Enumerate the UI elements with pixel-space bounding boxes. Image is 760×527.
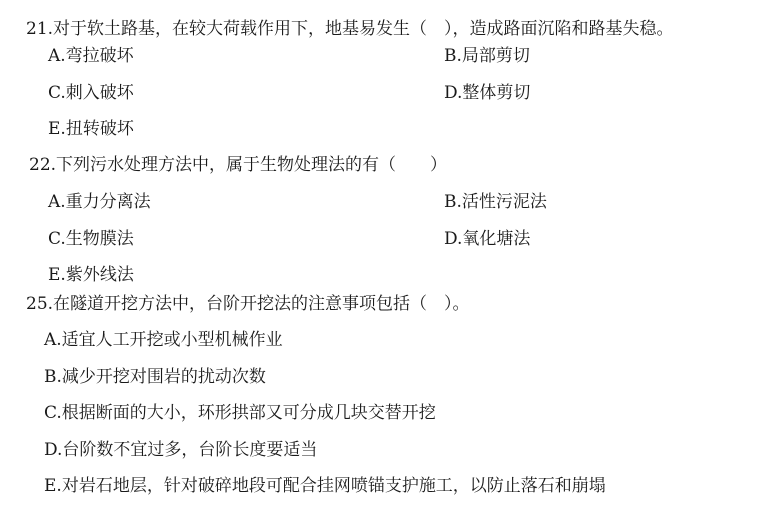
option-b: B.活性污泥法 xyxy=(444,191,547,213)
option-d: D.整体剪切 xyxy=(444,82,530,104)
option-c: C.生物膜法 xyxy=(48,228,134,250)
option-b: B.局部剪切 xyxy=(444,45,530,67)
option-e: E.扭转破坏 xyxy=(48,118,134,140)
option-c: C.根据断面的大小，环形拱部又可分成几块交替开挖 xyxy=(44,402,436,424)
option-b: B.减少开挖对围岩的扰动次数 xyxy=(44,366,266,388)
option-c: C.刺入破坏 xyxy=(48,82,134,104)
option-a: A.适宜人工开挖或小型机械作业 xyxy=(44,329,283,351)
option-e: E.紫外线法 xyxy=(48,264,134,286)
option-e: E.对岩石地层，针对破碎地段可配合挂网喷锚支护施工，以防止落石和崩塌 xyxy=(44,475,606,497)
option-a: A.弯拉破坏 xyxy=(48,45,134,67)
question-stem: 21.对于软土路基，在较大荷载作用下，地基易发生（ ），造成路面沉陷和路基失稳。 xyxy=(26,18,674,40)
option-a: A.重力分离法 xyxy=(48,191,151,213)
option-d: D.台阶数不宜过多，台阶长度要适当 xyxy=(44,439,317,461)
option-d: D.氧化塘法 xyxy=(444,228,530,250)
question-stem: 22.下列污水处理方法中，属于生物处理法的有（ ） xyxy=(29,154,447,176)
question-stem: 25.在隧道开挖方法中，台阶开挖法的注意事项包括（ ）。 xyxy=(26,293,470,315)
